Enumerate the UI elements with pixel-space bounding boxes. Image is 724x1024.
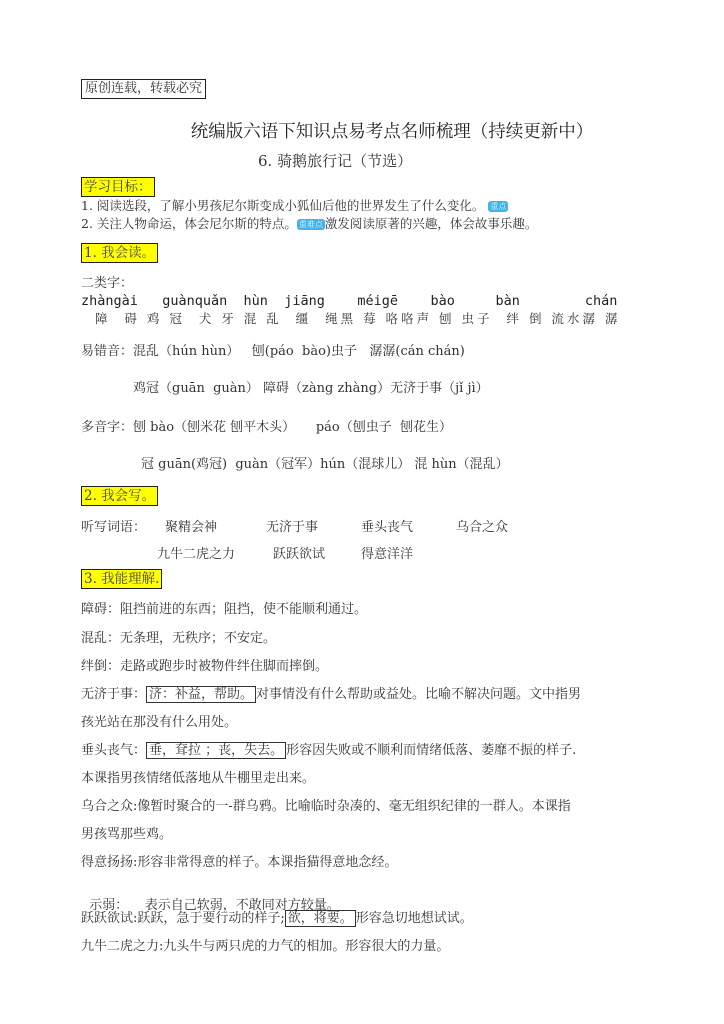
page-title: 统编版六语下知识点易考点名师梳理（持续更新中） [0,118,724,143]
definition-entry: 垂头丧气：垂，耷拉 ；丧，失去。形容因失败或不顺利而情绪低落、萎靡不振的样子. [81,739,576,758]
dictation-word: 乌合之众 [456,516,508,535]
term: 乌合之众: [81,799,137,814]
polyphone-line-1: 多音字：刨 bào（刨米花 刨平木头） páo（刨虫子 刨花生） [81,416,452,435]
definition: 阻挡前进的东西；阻挡，使不能顺利通过。 [120,602,367,617]
dictation-word: 跃跃欲试 [273,543,325,562]
definition-entry: 跃跃欲试:跃跃，急于要行动的样子;欲，将要。形容急切地想试试。 [81,907,473,926]
section1-heading: 1. 我会读。 [81,243,158,263]
dictation-row-1: 听写词语： 聚精会神 无济于事 垂头丧气 乌合之众 [81,516,146,535]
boxed-note: 垂，耷拉 ；丧，失去。 [146,742,286,759]
second-class-label: 二类字： [81,272,133,291]
polyphone-line-2: 冠 guān(鸡冠) guàn（冠军）hún（混球儿） 混 hùn（混乱） [141,453,509,472]
hanzi-line: 障 碍 鸡 冠 犬 牙 混 乱 缰 绳黑 莓 咯咯声 刨 虫子 绊 倒 流水潺 … [88,309,620,327]
goal-text: 1. 阅读选段，了解小男孩尼尔斯变成小狐仙后他的世界发生了什么变化。 [81,198,484,213]
term: 混乱： [81,631,120,646]
definition: 跃跃，急于要行动的样子; [137,911,284,926]
definition: 对事情没有什么帮助或益处。比喻不解决问题。文中指男 [256,687,581,702]
definition-entry: 得意扬扬:形容非常得意的样子。本课指猫得意地念经。 [81,851,397,870]
definition-entry: 混乱：无条理，无秩序；不安定。 [81,627,276,646]
definition-continuation: 男孩骂那些鸡。 [81,823,172,842]
dictation-word: 无济于事 [266,516,318,535]
term: 障碍： [81,602,120,617]
definition: 形容非常得意的样子。本课指猫得意地念经。 [137,855,397,870]
error-prone-line-2: 鸡冠（guān guàn） 障碍（zàng zhàng）无济于事（jǐ jì） [133,377,489,396]
definition-entry: 九牛二虎之力:九头牛与两只虎的力气的相加。形容很大的力量。 [81,935,449,954]
definition: 走路或跑步时被物件绊住脚而摔倒。 [120,659,328,674]
lesson-title: 6. 骑鹅旅行记（节选） [258,150,412,171]
definition-entry: 绊倒：走路或跑步时被物件绊住脚而摔倒。 [81,655,328,674]
section2-heading: 2. 我会写。 [81,486,158,506]
term: 绊倒： [81,659,120,674]
goal-text: 2. 关注人物命运，体会尼尔斯的特点。 [81,216,297,231]
term: 垂头丧气： [81,743,146,758]
definition: 像暂时聚合的一-群乌鸦。比喻临时杂凑的、毫无组织纪律的一群人。本课指 [137,799,570,814]
definition: 无条理，无秩序；不安定。 [120,631,276,646]
section3-heading: 3. 我能理解. [81,569,162,589]
goal-item-2: 2. 关注人物命运，体会尼尔斯的特点。重难点激发阅读原著的兴趣，体会故事乐趣。 [81,214,537,232]
definition-entry: 乌合之众:像暂时聚合的一-群乌鸦。比喻临时杂凑的、毫无组织纪律的一群人。本课指 [81,795,571,814]
goal-text-after: 激发阅读原著的兴趣，体会故事乐趣。 [325,216,538,231]
definition: 九头牛与两只虎的力气的相加。形容很大的力量。 [163,939,449,954]
boxed-note: 济：补益，帮助。 [146,686,256,703]
definition-after: 形容急切地想试试。 [356,911,473,926]
dictation-label: 听写词语： [81,520,146,535]
dictation-word: 得意洋洋 [361,543,413,562]
definition: 形容因失败或不顺利而情绪低落、萎靡不振的样子. [286,743,576,758]
dictation-word: 聚精会神 [165,516,217,535]
difficult-point-badge: 重难点 [297,219,325,230]
dictation-word: 垂头丧气 [361,516,413,535]
goal-item-1: 1. 阅读选段，了解小男孩尼尔斯变成小狐仙后他的世界发生了什么变化。 重点 [81,196,508,214]
boxed-note: 欲，将要。 [285,910,356,927]
term: 无济于事： [81,687,146,702]
key-point-badge: 重点 [488,201,508,212]
dictation-word: 九牛二虎之力 [157,543,235,562]
term: 跃跃欲试: [81,911,137,926]
definition-entry: 无济于事：济：补益，帮助。对事情没有什么帮助或益处。比喻不解决问题。文中指男 [81,683,581,702]
definition-continuation: 孩光站在那没有什么用处。 [81,711,237,730]
goals-heading: 学习目标： [81,177,155,197]
term: 得意扬扬: [81,855,137,870]
definition-entry: 障碍：阻挡前进的东西；阻挡，使不能顺利通过。 [81,598,367,617]
term: 九牛二虎之力: [81,939,163,954]
definition-continuation: 本课指男孩情绪低落地从牛棚里走出来。 [81,767,315,786]
pinyin-line: zhàngài guànquǎn hùn jiāng méigē bào bàn… [81,293,617,309]
copyright-notice: 原创连载，转载必究 [81,79,206,99]
error-prone-line-1: 易错音：混乱（hún hùn） 刨(páo bào)虫子 潺潺(cán chán… [81,340,465,359]
